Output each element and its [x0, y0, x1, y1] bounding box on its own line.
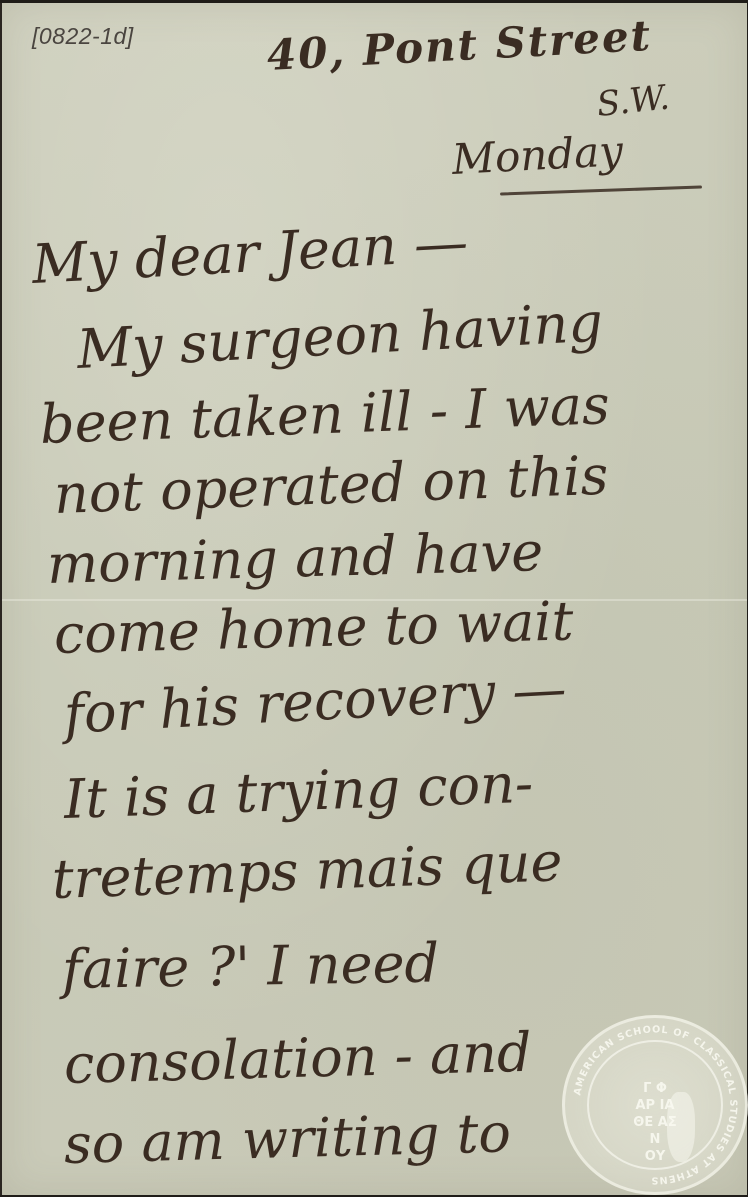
body-line: been taken ill - I was	[39, 373, 611, 456]
seal-center-letters: Γ Φ ΑΡ ΙΑ ΘΕ ΑΣ Ν ΟΥ	[589, 1080, 721, 1165]
address-line-1: 40, Pont Street	[266, 11, 653, 80]
address-line-2: S.W.	[595, 78, 671, 125]
body-line: so am writing to	[63, 1101, 511, 1176]
body-line: My surgeon having	[75, 290, 604, 380]
body-line: faire ?' I need	[61, 931, 439, 1001]
archive-reference: [0822-1d]	[32, 23, 134, 50]
body-line: tretemps mais que	[51, 830, 564, 911]
body-line: for his recovery —	[62, 657, 567, 746]
body-line: It is a trying con-	[63, 752, 534, 831]
body-line: morning and have	[46, 520, 544, 596]
body-line: not operated on this	[53, 444, 609, 526]
letter-date: Monday	[451, 126, 624, 184]
date-underline	[500, 185, 702, 195]
salutation: My dear Jean —	[30, 210, 469, 296]
letter-page: [0822-1d] 40, Pont Street S.W. Monday My…	[0, 3, 747, 1195]
seal-inner-ring: Γ Φ ΑΡ ΙΑ ΘΕ ΑΣ Ν ΟΥ	[587, 1040, 723, 1170]
body-line: come home to wait	[53, 589, 574, 666]
body-line: consolation - and	[63, 1021, 532, 1096]
embossed-seal: AMERICAN SCHOOL OF CLASSICAL STUDIES AT …	[562, 1015, 748, 1195]
